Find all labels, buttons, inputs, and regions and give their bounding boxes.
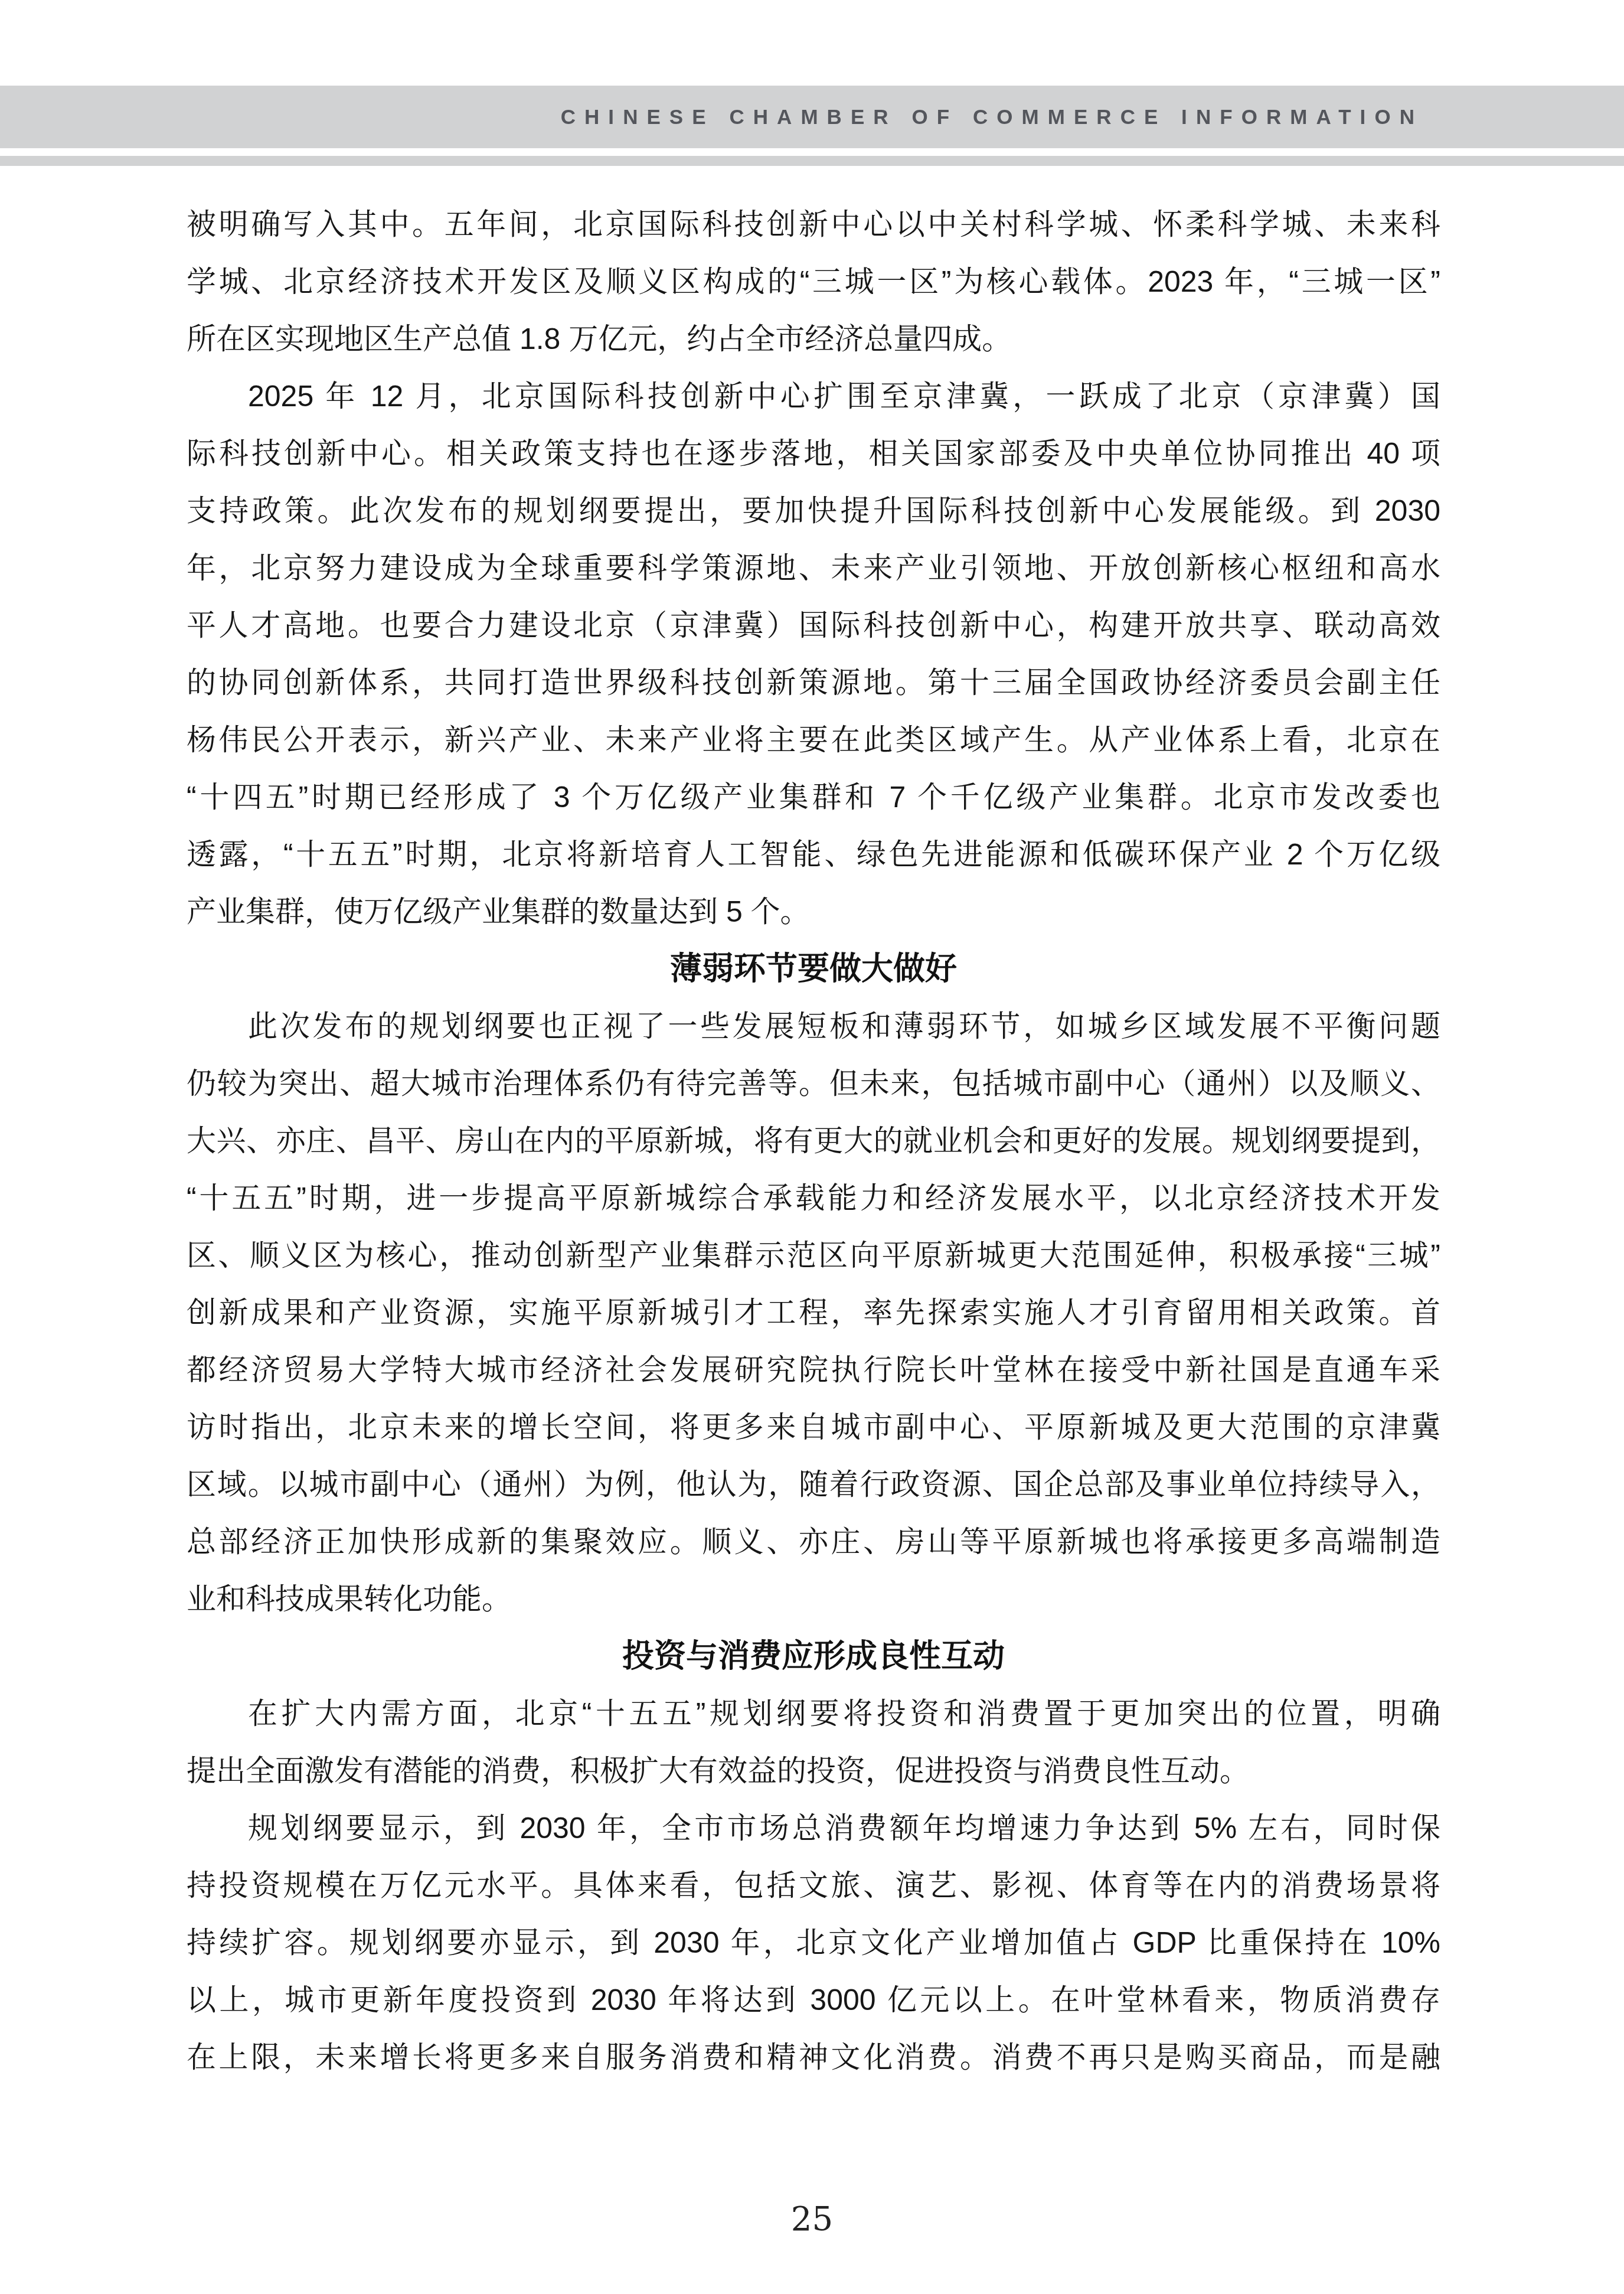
- body-line: 支持政策。此次发布的规划纲要提出，要加快提升国际科技创新中心发展能级。到 203…: [187, 482, 1440, 540]
- page-number: 25: [0, 2200, 1624, 2238]
- body-line: 持续扩容。规划纲要亦显示，到 2030 年，北京文化产业增加值占 GDP 比重保…: [187, 1914, 1440, 1972]
- document-body: 被明确写入其中。五年间，北京国际科技创新中心以中关村科学城、怀柔科学城、未来科学…: [187, 196, 1440, 2086]
- body-line: 区、顺义区为核心，推动创新型产业集群示范区向平原新城更大范围延伸，积极承接“三城…: [187, 1227, 1440, 1284]
- section-heading: 投资与消费应形成良性互动: [187, 1628, 1440, 1685]
- body-line: 规划纲要显示，到 2030 年，全市市场总消费额年均增速力争达到 5% 左右，同…: [187, 1800, 1440, 1857]
- body-line: 提出全面激发有潜能的消费，积极扩大有效益的投资，促进投资与消费良性互动。: [187, 1742, 1440, 1800]
- body-line: 透露，“十五五”时期，北京将新培育人工智能、绿色先进能源和低碳环保产业 2 个万…: [187, 826, 1440, 883]
- body-line: 杨伟民公开表示，新兴产业、未来产业将主要在此类区域产生。从产业体系上看，北京在: [187, 712, 1440, 769]
- body-line: 在上限，未来增长将更多来自服务消费和精神文化消费。消费不再只是购买商品，而是融: [187, 2029, 1440, 2086]
- body-line: 学城、北京经济技术开发区及顺义区构成的“三城一区”为核心载体。2023 年，“三…: [187, 253, 1440, 311]
- body-line: 际科技创新中心。相关政策支持也在逐步落地，相关国家部委及中央单位协同推出 40 …: [187, 425, 1440, 482]
- body-line: 被明确写入其中。五年间，北京国际科技创新中心以中关村科学城、怀柔科学城、未来科: [187, 196, 1440, 253]
- body-line: 年，北京努力建设成为全球重要科学策源地、未来产业引领地、开放创新核心枢纽和高水: [187, 540, 1440, 597]
- body-line: 区域。以城市副中心（通州）为例，他认为，随着行政资源、国企总部及事业单位持续导入…: [187, 1456, 1440, 1513]
- body-line: 平人才高地。也要合力建设北京（京津冀）国际科技创新中心，构建开放共享、联动高效: [187, 597, 1440, 654]
- header-band-divider: [0, 156, 1624, 166]
- body-line: 创新成果和产业资源，实施平原新城引才工程，率先探索实施人才引育留用相关政策。首: [187, 1284, 1440, 1342]
- body-line: “十四五”时期已经形成了 3 个万亿级产业集群和 7 个千亿级产业集群。北京市发…: [187, 769, 1440, 826]
- body-line: 2025 年 12 月，北京国际科技创新中心扩围至京津冀，一跃成了北京（京津冀）…: [187, 368, 1440, 425]
- body-line: 持投资规模在万亿元水平。具体来看，包括文旅、演艺、影视、体育等在内的消费场景将: [187, 1857, 1440, 1914]
- body-line: 业和科技成果转化功能。: [187, 1571, 1440, 1628]
- body-line: 产业集群，使万亿级产业集群的数量达到 5 个。: [187, 883, 1440, 941]
- body-line: 仍较为突出、超大城市治理体系仍有待完善等。但未来，包括城市副中心（通州）以及顺义…: [187, 1055, 1440, 1112]
- body-line: 以上，城市更新年度投资到 2030 年将达到 3000 亿元以上。在叶堂林看来，…: [187, 1972, 1440, 2029]
- body-line: 所在区实现地区生产总值 1.8 万亿元，约占全市经济总量四成。: [187, 311, 1440, 368]
- body-line: 在扩大内需方面，北京“十五五”规划纲要将投资和消费置于更加突出的位置，明确: [187, 1685, 1440, 1742]
- body-line: 都经济贸易大学特大城市经济社会发展研究院执行院长叶堂林在接受中新社国是直通车采: [187, 1342, 1440, 1399]
- header-band: CHINESE CHAMBER OF COMMERCE INFORMATION: [0, 86, 1624, 148]
- body-line: 大兴、亦庄、昌平、房山在内的平原新城，将有更大的就业机会和更好的发展。规划纲要提…: [187, 1112, 1440, 1170]
- body-line: “十五五”时期，进一步提高平原新城综合承载能力和经济发展水平，以北京经济技术开发: [187, 1170, 1440, 1227]
- body-line: 总部经济正加快形成新的集聚效应。顺义、亦庄、房山等平原新城也将承接更多高端制造: [187, 1513, 1440, 1571]
- body-line: 此次发布的规划纲要也正视了一些发展短板和薄弱环节，如城乡区域发展不平衡问题: [187, 998, 1440, 1055]
- body-line: 访时指出，北京未来的增长空间，将更多来自城市副中心、平原新城及更大范围的京津冀: [187, 1399, 1440, 1456]
- section-heading: 薄弱环节要做大做好: [187, 941, 1440, 998]
- body-line: 的协同创新体系，共同打造世界级科技创新策源地。第十三届全国政协经济委员会副主任: [187, 654, 1440, 712]
- header-banner-text: CHINESE CHAMBER OF COMMERCE INFORMATION: [0, 86, 1624, 148]
